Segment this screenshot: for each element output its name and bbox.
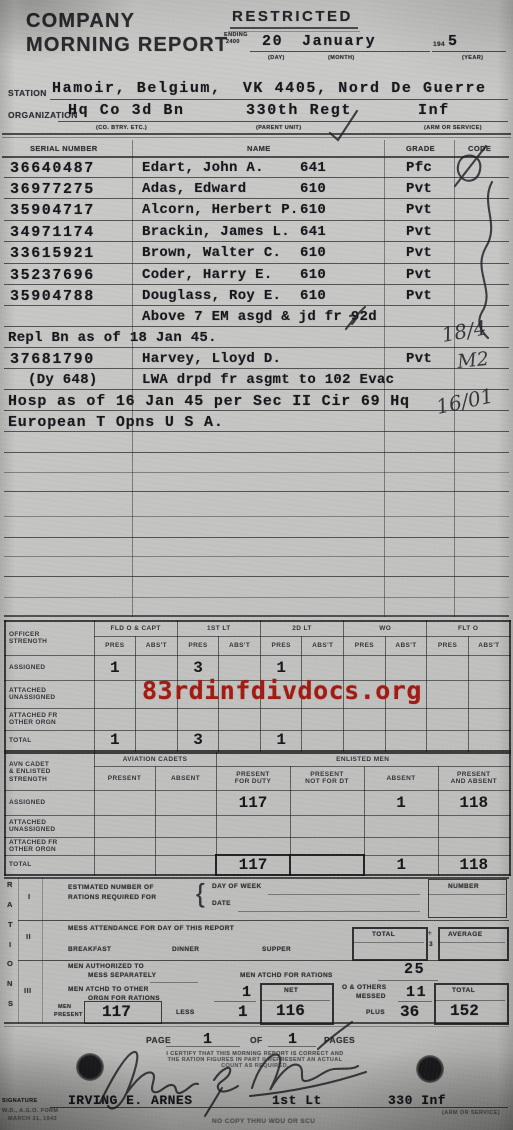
col-av-absent: ABSENT (155, 766, 216, 790)
col-name: NAME (247, 144, 271, 153)
rations-total-value: 152 (450, 1002, 479, 1020)
rations-row1-rule (18, 920, 509, 921)
month-sublabel: (MONTH) (328, 55, 355, 61)
rations-letter: N (7, 979, 13, 988)
rations-row2-rule (18, 960, 509, 961)
col-abst: ABS'T (385, 636, 427, 655)
blank-row (4, 492, 509, 517)
divide-sign: ÷ (428, 930, 432, 937)
name-value: Douglass, Roy E. (142, 288, 281, 304)
enlisted-total-pfd: 117 (216, 855, 290, 875)
mess-attendance-label: MESS ATTENDANCE FOR DAY OF THIS REPORT (68, 925, 234, 932)
org-arm-value: Inf (418, 102, 450, 119)
blank-row (4, 577, 509, 598)
col-wo: WO (344, 621, 427, 636)
blank-row (4, 453, 509, 473)
col-serial-number: SERIAL NUMBER (30, 144, 98, 153)
station-value: Hamoir, Belgium, VK 4405, Nord De Guerre (52, 80, 487, 97)
rations-numeral-divider (42, 877, 43, 1024)
station-rule (50, 99, 508, 100)
grade-value: Pvt (406, 224, 432, 240)
officer-total-fld-pres: 1 (94, 730, 136, 751)
mos-value: 610 (300, 181, 326, 197)
col-pres: PRES (427, 636, 469, 655)
table-row: 33615921 Brown, Walter C. 610 Pvt (4, 242, 509, 264)
col-abst: ABS'T (468, 636, 510, 655)
officer-title-line: OFFICER (9, 631, 94, 639)
org-unit-sublabel: (CO. BTRY. ETC.) (96, 125, 147, 131)
date-rule (250, 51, 430, 52)
row-assigned: ASSIGNED (5, 790, 94, 815)
officer-title-line: STRENGTH (9, 638, 94, 646)
table-row: 34971174 Brackin, James L. 641 Pvt (4, 221, 509, 242)
enlisted-total-pa: 118 (438, 855, 510, 875)
col-aviation-cadets: AVIATION CADETS (94, 753, 216, 766)
mos-value: 610 (300, 245, 326, 261)
blank-row (4, 557, 509, 577)
report-year-value: 5 (448, 33, 459, 50)
year-printed: 194 (433, 41, 445, 48)
less-value: 1 (238, 1003, 248, 1021)
col-present-for-duty: PRESENTFOR DUTY (216, 766, 290, 790)
grade-value: Pvt (406, 267, 432, 283)
table-row: 35237696 Coder, Harry E. 610 Pvt (4, 264, 509, 285)
col-fld-o-capt: FLD O & CAPT (94, 621, 177, 636)
officer-total-2lt-pres: 1 (260, 730, 302, 751)
page-rule (166, 1046, 240, 1047)
rations-section-2: II (26, 932, 31, 941)
rations-letter: S (8, 999, 13, 1008)
supper-label: SUPPER (262, 946, 291, 953)
average-label: AVERAGE (448, 931, 482, 938)
ending-label: ENDING (224, 32, 248, 38)
mess-separately-rule (150, 982, 198, 983)
table-row: 36977275 Adas, Edward 610 Pvt (4, 178, 509, 199)
date-rule2 (238, 911, 420, 912)
org-parent-value: 330th Regt (246, 102, 352, 119)
serial-value: 33615921 (10, 245, 95, 262)
mess-separately-label: MESS SEPARATELY (88, 972, 156, 979)
enlisted-strength-header: AVN CADET& ENLISTEDSTRENGTH (5, 753, 94, 790)
rations-left-divider (18, 877, 19, 1024)
signed-name-typed: IRVING E. ARNES (68, 1093, 193, 1108)
serial-value: 35904717 (10, 202, 95, 219)
name-value: Brackin, James L. (142, 224, 290, 240)
enlisted-strength-table: AVN CADET& ENLISTEDSTRENGTH AVIATION CAD… (4, 752, 511, 876)
men-authorized-label: MEN AUTHORIZED TO (68, 963, 144, 970)
dinner-label: DINNER (172, 946, 199, 953)
col-2d-lt: 2D LT (260, 621, 343, 636)
col-pres: PRES (177, 636, 219, 655)
atchd-other-label-1: MEN ATCHD TO OTHER (68, 986, 149, 993)
punch-hole-right (416, 1055, 444, 1083)
mess-total-label: TOTAL (372, 931, 395, 938)
remark-row: Above 7 EM asgd & jd fr 92d (4, 306, 509, 327)
col-1st-lt: 1ST LT (177, 621, 260, 636)
remark-row: European T Opns U S A. (4, 411, 509, 432)
brace-glyph: { (196, 878, 205, 909)
serial-value: 36977275 (10, 181, 95, 198)
org-parent-sublabel: (PARENT UNIT) (256, 125, 301, 131)
col-em-absent: ABSENT (364, 766, 438, 790)
arm-service-sublabel: (ARM OR SERVICE) (442, 1110, 500, 1116)
blank-row (4, 473, 509, 492)
enlisted-assigned-pa: 118 (438, 790, 510, 815)
remark-text: LWA drpd fr asgmt to 102 Evac (142, 372, 394, 388)
row-attached-unassigned: ATTACHEDUNASSIGNED (5, 815, 94, 837)
form-title-line2: MORNING REPORT (26, 34, 228, 57)
grade-value: Pfc (406, 160, 432, 176)
table-row: 35904788 Douglass, Roy E. 610 Pvt (4, 285, 509, 306)
serial-value: 34971174 (10, 224, 95, 241)
day-of-week-label: DAY OF WEEK (212, 883, 262, 890)
col-present-not-for-duty: PRESENTNOT FOR DT (290, 766, 364, 790)
mos-value: 641 (300, 160, 326, 176)
rations-total-divider (434, 1000, 505, 1001)
men-atchd-rations-rule (378, 980, 438, 981)
divide-by-3: 3 (429, 941, 433, 948)
mos-value: 610 (300, 267, 326, 283)
remark-row: Hosp as of 16 Jan 45 per Sec II Cir 69 H… (4, 390, 509, 411)
net-value: 116 (276, 1002, 305, 1020)
plus-label: PLUS (366, 1009, 385, 1016)
rations-total-label: TOTAL (452, 987, 475, 994)
station-label: STATION (8, 88, 47, 98)
col-abst: ABS'T (219, 636, 261, 655)
signature-label: SIGNATURE (2, 1098, 38, 1104)
rations-section-3: III (24, 986, 31, 995)
report-day-value: 20 (262, 33, 283, 50)
form-date-note: MARCH 31, 1943 (8, 1116, 57, 1122)
pages-rule (268, 1046, 316, 1047)
rations-bottom-rule-b (4, 1026, 509, 1027)
name-value: Brown, Walter C. (142, 245, 281, 261)
rations-letter: O (7, 959, 13, 968)
morning-report-document: COMPANY MORNING REPORT RESTRICTED ENDING… (0, 0, 513, 1130)
col-code: CODE (468, 144, 491, 153)
number-label: NUMBER (448, 883, 479, 890)
classification-stamp: RESTRICTED (232, 8, 353, 25)
mos-value: 610 (300, 288, 326, 304)
rations-letter: I (9, 940, 11, 949)
net-label: NET (284, 987, 298, 994)
blank-row (4, 538, 509, 557)
serial-value: 36640487 (10, 160, 95, 177)
remark-text: European T Opns U S A. (8, 414, 224, 431)
rations-letter: T (8, 920, 13, 929)
mess-total-divider (352, 942, 424, 943)
officer-assigned-fld-pres: 1 (94, 655, 136, 680)
blank-row (4, 598, 509, 617)
rations-estimated-label-1: ESTIMATED NUMBER OF (68, 884, 154, 891)
org-arm-sublabel: (ARM OR SERVICE) (424, 125, 482, 131)
slash-through-typed-name (205, 1088, 222, 1116)
mos-value: 641 (300, 224, 326, 240)
org-unit-value: Hq Co 3d Bn (68, 102, 185, 119)
less-label: LESS (176, 1009, 195, 1016)
remark-text: Repl Bn as of 18 Jan 45. (8, 330, 217, 346)
net-divider (260, 1000, 330, 1001)
of-label: OF (250, 1035, 263, 1045)
breakfast-label: BREAKFAST (68, 946, 111, 953)
grade-value: Pvt (406, 202, 432, 218)
duty-code-text: (Dy 648) (28, 372, 98, 388)
remark-row: (Dy 648) LWA drpd fr asgmt to 102 Evac (4, 369, 509, 390)
col-abst: ABS'T (302, 636, 344, 655)
col-abst: ABS'T (136, 636, 178, 655)
copy-note: NO COPY THRU WDU OR SCU (212, 1118, 315, 1125)
row-attached-unassigned: ATTACHEDUNASSIGNED (5, 680, 94, 708)
remark-row: Repl Bn as of 18 Jan 45. (4, 327, 509, 348)
messed-label: MESSED (356, 993, 386, 1000)
serial-value: 35237696 (10, 267, 95, 284)
row-total: TOTAL (5, 855, 94, 875)
day-sublabel: (DAY) (268, 55, 285, 61)
table-row: 36640487 Edart, John A. 641 Pfc (4, 157, 509, 178)
blank-row (4, 517, 509, 538)
grade-value: Pvt (406, 288, 432, 304)
remark-text: Above 7 EM asgd & jd fr 92d (142, 309, 377, 325)
enlisted-assigned-absent: 1 (364, 790, 438, 815)
row-attached-fr-other: ATTACHED FROTHER ORGN (5, 708, 94, 730)
rations-section-1: I (28, 892, 30, 901)
officer-total-1lt-pres: 3 (177, 730, 219, 751)
atchd-other-value: 1 (242, 984, 253, 1001)
rations-letter: A (7, 900, 13, 909)
name-value: Harvey, Lloyd D. (142, 351, 281, 367)
enlisted-assigned-pfd: 117 (216, 790, 290, 815)
others-messed-value: 11 (406, 984, 427, 1001)
mos-value: 610 (300, 202, 326, 218)
signed-grade-typed: 1st Lt (272, 1093, 322, 1108)
grade-value: Pvt (406, 351, 432, 367)
row-attached-fr-other: ATTACHED FROTHER ORGN (5, 837, 94, 855)
table-row: 35904717 Alcorn, Herbert P. 610 Pvt (4, 199, 509, 221)
pages-label: PAGES (324, 1035, 355, 1045)
year-rule (432, 51, 506, 52)
table-row: 37681790 Harvey, Lloyd D. Pvt (4, 348, 509, 369)
plus-value: 36 (400, 1003, 419, 1021)
messed-rule (398, 1001, 432, 1002)
blank-row (4, 432, 509, 453)
enlisted-total-absent: 1 (364, 855, 438, 875)
classification-underline (230, 27, 358, 29)
name-value: Coder, Harry E. (142, 267, 273, 283)
average-divider (438, 942, 505, 943)
serial-value: 37681790 (10, 351, 95, 368)
form-title-line1: COMPANY (26, 10, 135, 33)
date-label: DATE (212, 900, 231, 907)
men-atchd-rations-value: 25 (404, 961, 425, 978)
form-id-note: W.D., A.G.O. FORM (2, 1108, 58, 1114)
certification-text: I CERTIFY THAT THIS MORNING REPORT IS CO… (120, 1051, 390, 1069)
page-label: PAGE (146, 1035, 171, 1045)
row-assigned: ASSIGNED (5, 655, 94, 680)
serial-value: 35904788 (10, 288, 95, 305)
name-value: Edart, John A. (142, 160, 264, 176)
col-pres: PRES (344, 636, 386, 655)
name-value: Adas, Edward (142, 181, 246, 197)
number-box-divider (428, 894, 505, 895)
officer-strength-header: OFFICER STRENGTH (5, 621, 94, 655)
men-present-value: 117 (102, 1003, 131, 1021)
section-double-rule-a (2, 133, 511, 135)
men-atchd-rations-label: MEN ATCHD FOR RATIONS (240, 972, 333, 979)
col-pres: PRES (94, 636, 136, 655)
grade-value: Pvt (406, 181, 432, 197)
name-value: Alcorn, Herbert P. (142, 202, 299, 218)
rations-letter: R (7, 880, 13, 889)
col-grade: GRADE (406, 144, 435, 153)
organization-rule (58, 121, 508, 122)
col-av-present: PRESENT (94, 766, 155, 790)
remark-text: Hosp as of 16 Jan 45 per Sec II Cir 69 H… (8, 393, 410, 410)
year-sublabel: (YEAR) (462, 55, 483, 61)
men-label: MEN (58, 1004, 71, 1010)
col-flt-o: FLT O (427, 621, 510, 636)
row-total: TOTAL (5, 730, 94, 751)
col-enlisted-men: ENLISTED MEN (216, 753, 510, 766)
atchd-other-rule (214, 1001, 256, 1002)
ending-time-label: 2400 (226, 39, 240, 45)
day-of-week-rule (268, 894, 420, 895)
punch-hole-left (76, 1053, 104, 1081)
rations-estimated-label-2: RATIONS REQUIRED FOR (68, 894, 156, 901)
col-present-and-absent: PRESENTAND ABSENT (438, 766, 510, 790)
present-label: PRESENT (54, 1012, 83, 1018)
signed-org-typed: 330 Inf (388, 1093, 446, 1108)
section-double-rule-b (2, 137, 511, 138)
o-and-others-label: O & OTHERS (342, 984, 386, 991)
col-pres: PRES (260, 636, 302, 655)
report-month-value: January (302, 33, 376, 50)
grade-value: Pvt (406, 245, 432, 261)
signature-initial-stroke (214, 1068, 238, 1092)
archive-watermark: 83rdinfdivdocs.org (142, 676, 422, 705)
